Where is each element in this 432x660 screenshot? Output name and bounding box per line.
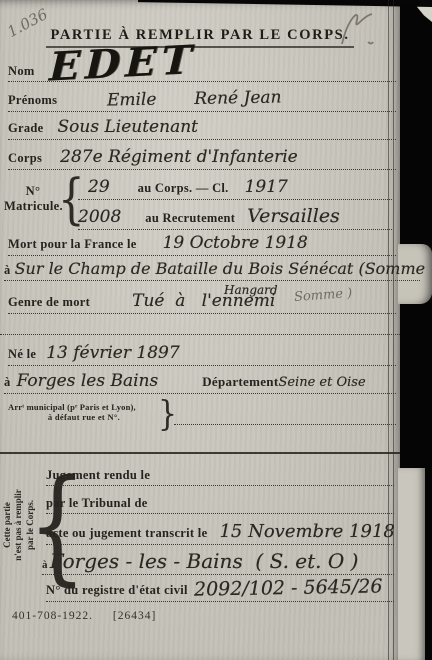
field-prenoms: Prénoms Emile René Jean [8,90,396,112]
field-naissance: Né le 13 février 1897 [8,344,396,366]
field-matricule-corps: 29 au Corps. — Cl. 1917 [78,178,392,200]
mort-value: 19 Octobre 1918 [163,234,308,253]
field-nom: Nom [8,64,396,82]
imprint-bracket: [26434] [113,610,156,622]
commune-value: Forges - les - Bains ( S. et. O ) [50,550,359,572]
field-transcription: acte ou jugement transcrit le 15 Novembr… [46,522,394,545]
field-genre-mort: Genre de mort Tué à l'ennemi [8,292,396,314]
matricule-corps-number: 29 [88,178,110,197]
lieu-mort-label: à [4,263,11,278]
naissance-label: Né le [8,347,36,362]
paper-bottom-edge [398,468,425,660]
departement-value: Seine et Oise [278,376,365,390]
field-mort: Mort pour la France le 19 Octobre 1918 [8,234,396,256]
jugement-label: Jugement rendu le [46,468,150,483]
genre-mort-label: Genre de mort [8,295,90,310]
grade-label: Grade [8,121,44,136]
departement-label: Département [202,374,278,390]
tribunal-label: par le Tribunal de [46,496,148,511]
field-grade: Grade Sous Lieutenant [8,118,396,140]
arrondissement-label-line1: Arrᵗ municipal (pʳ Paris et Lyon), [8,402,160,412]
arrondissement-label-block: Arrᵗ municipal (pʳ Paris et Lyon), à déf… [8,402,160,422]
registre-label: N° du registre d'état civil [46,583,188,598]
matricule-recrutement-suffix: au Recrutement [145,211,235,226]
field-tribunal: par le Tribunal de [46,496,394,514]
naissance-value: 13 février 1897 [46,344,179,363]
lieu-mort-value: Sur le Champ de Bataille du Bois Sénécat… [15,260,426,278]
prenoms-value: Emile René Jean [107,88,282,110]
grade-value: Sous Lieutenant [58,118,198,137]
side-note-line: Cette partie [2,468,13,582]
matricule-corps-suffix: au Corps. — Cl. [138,181,229,196]
corps-value: 287e Régiment d'Infanterie [60,148,298,167]
section-divider-dotted [0,334,400,335]
matricule-classe: 1917 [245,178,288,197]
transcription-value: 15 Novembre 1918 [219,522,394,542]
side-note-line: n'est pas à remplir [13,468,24,582]
field-lieu-mort: à Sur le Champ de Bataille du Bois Sénéc… [4,260,420,281]
matricule-label-no: N° [4,184,62,199]
nom-label: Nom [8,64,35,79]
field-commune: à Forges - les - Bains ( S. et. O ) [42,550,394,575]
arrondissement-blank-line [174,424,396,425]
imprint-code: 401-708-1922. [12,610,93,622]
genre-mort-value: Tué à l'ennemi [132,292,275,311]
prenoms-label: Prénoms [8,93,57,108]
printer-imprint: 401-708-1922. [26434] [12,610,156,622]
corps-label: Corps [8,151,42,166]
field-registre: N° du registre d'état civil 2092/102 - 5… [46,578,394,602]
scanned-record-card: 1.036 PARTIE À REMPLIR PAR LE CORPS. EDE… [0,0,432,660]
matricule-recrutement-place: Versailles [247,206,340,227]
lieu-naissance-label: à [4,375,11,390]
matricule-recrutement-number: 2008 [78,208,121,227]
arrondissement-brace: } [158,398,177,433]
field-lieu-naissance: à Forges les Bains Département Seine et … [4,372,396,394]
arrondissement-label-line2: à défaut rue et N°. [8,412,160,422]
mort-label: Mort pour la France le [8,237,137,252]
commune-label: à [42,559,48,571]
field-jugement: Jugement rendu le [46,468,394,486]
matricule-label-block: N° Matricule. [4,184,62,214]
matricule-label-word: Matricule. [4,199,62,214]
registre-value: 2092/102 - 5645/26 [194,576,383,600]
field-matricule-recrutement: 2008 au Recrutement Versailles [78,206,392,230]
lieu-naissance-value: Forges les Bains [17,372,159,391]
transcription-label: acte ou jugement transcrit le [46,526,207,541]
